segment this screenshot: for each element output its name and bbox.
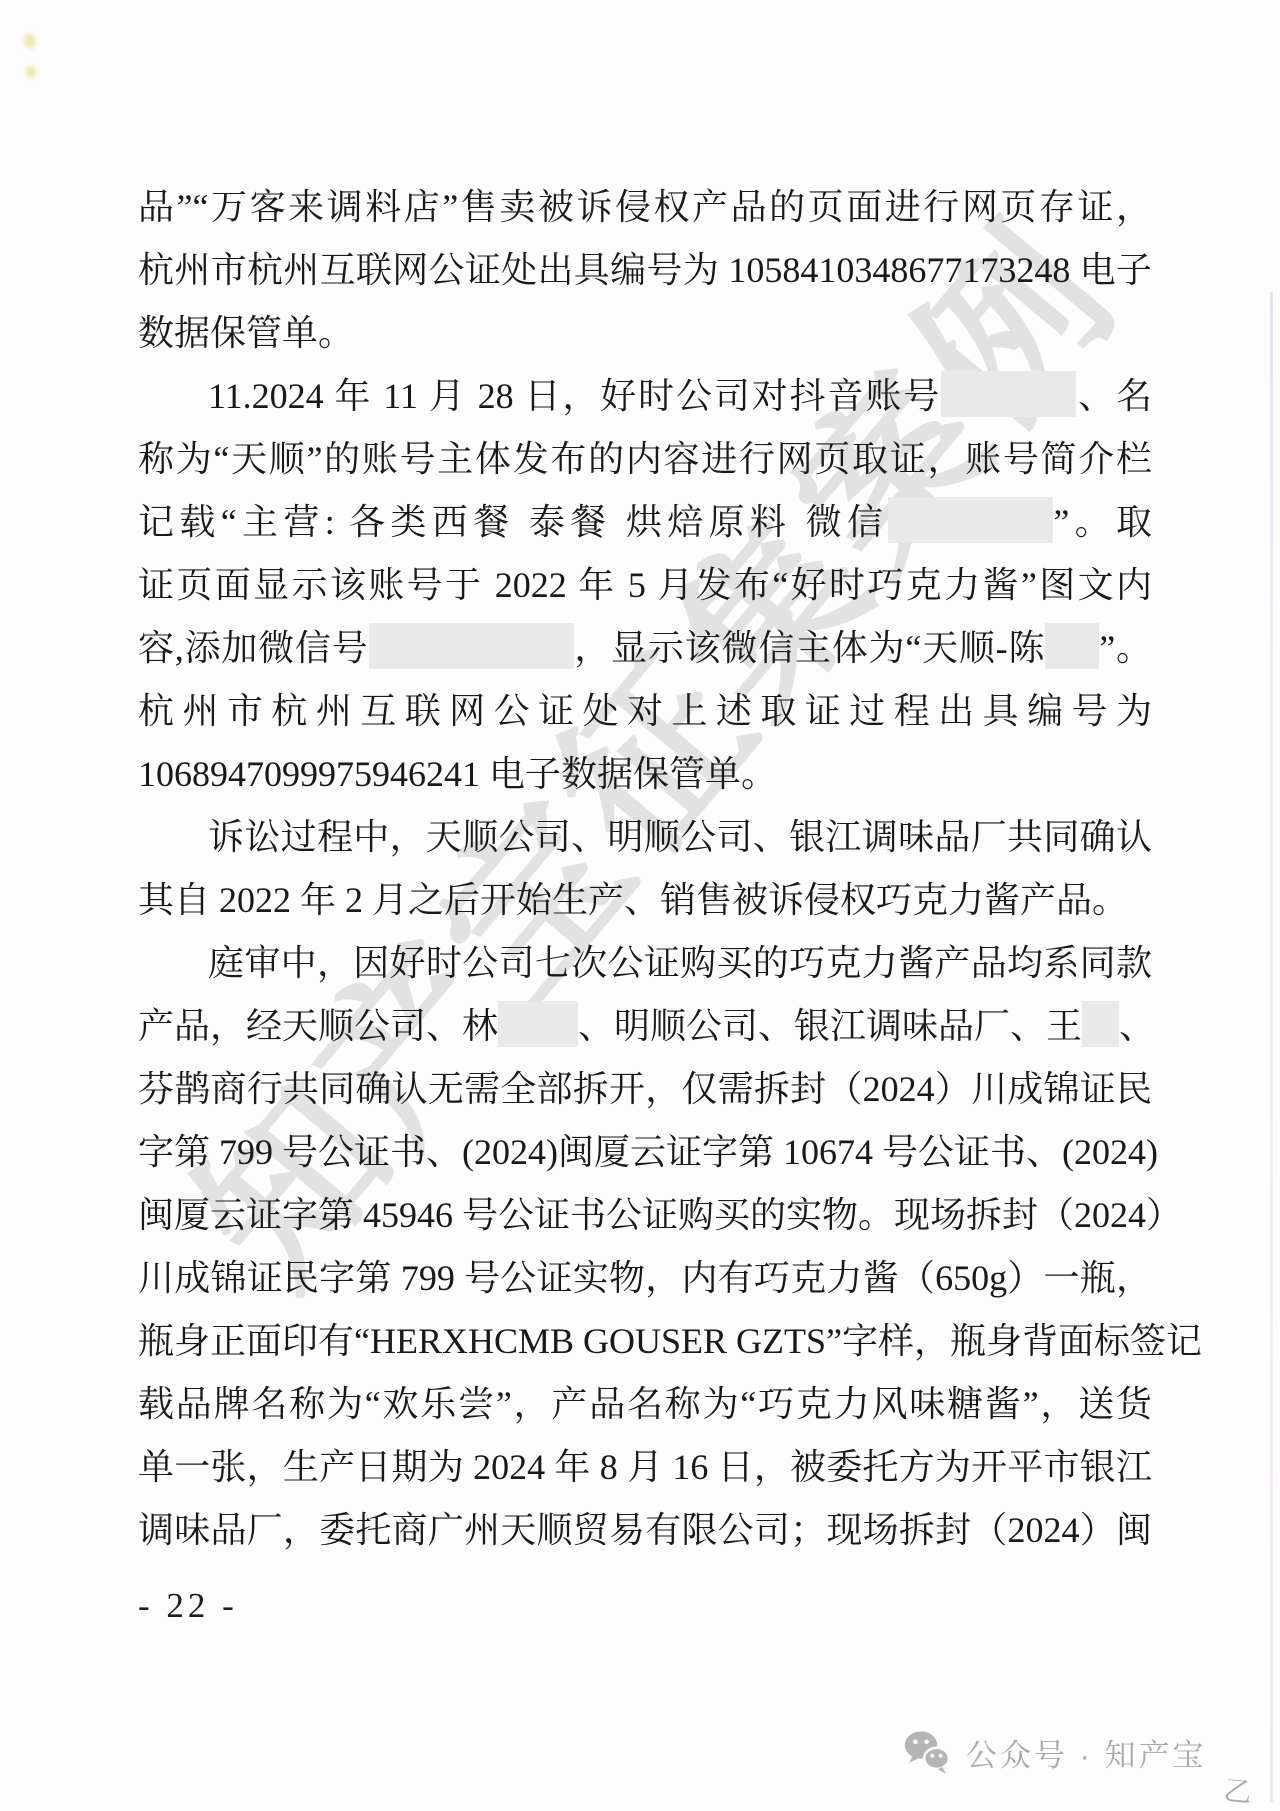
text-run: 称为“天顺”的账号主体发布的内容进行网页取证，账号简介栏 [138,439,1152,479]
text-run: 、明顺公司、银江调味品厂、王 [578,1006,1082,1046]
text-line: 闽厦云证字第 45946 号公证书公证购买的实物。现场拆封（2024） [138,1184,1152,1247]
footer-label: 公众号 · 知产宝 [966,1730,1207,1775]
text-run: 11.2024 年 11 月 28 日，好时公司对抖音账号 [208,376,941,416]
footer-branding: 公众号 · 知产宝 [902,1729,1207,1775]
text-run: ”。取 [1053,502,1152,542]
document-body: 品”“万客来调料店”售卖被诉侵权产品的页面进行网页存证，杭州市杭州互联网公证处出… [138,176,1152,1562]
text-run: 杭州市杭州互联网公证处对上述取证过程出具编号为 [138,691,1152,731]
text-run: 芬鹊商行共同确认无需全部拆开，仅需拆封（2024）川成锦证民 [138,1069,1152,1109]
scan-edge-line [1270,292,1273,1802]
scan-artifact-dot [26,66,36,78]
scan-artifact-dot [24,34,36,48]
text-run: 产品，经天顺公司、林 [138,1006,498,1046]
text-run: 载品牌名称为“欢乐尝”，产品名称为“巧克力风味糖酱”，送货 [138,1384,1152,1424]
text-run: 庭审中，因好时公司七次公证购买的巧克力酱产品均系同款 [208,943,1152,983]
text-line: 载品牌名称为“欢乐尝”，产品名称为“巧克力风味糖酱”，送货 [138,1373,1152,1436]
redaction-box [369,623,574,669]
text-line: 川成锦证民字第 799 号公证实物，内有巧克力酱（650g）一瓶， [138,1247,1152,1310]
text-run: 容,添加微信号 [138,628,369,668]
redaction-box [498,1001,578,1047]
redaction-box [941,371,1076,417]
text-run: 1068947099975946241 电子数据保管单。 [138,754,777,794]
redaction-box [1045,623,1099,669]
scanned-document-page: 知产宝征集案例 品”“万客来调料店”售卖被诉侵权产品的页面进行网页存证，杭州市杭… [0,0,1280,1811]
text-line: 品”“万客来调料店”售卖被诉侵权产品的页面进行网页存证， [138,176,1152,239]
text-run: 品”“万客来调料店”售卖被诉侵权产品的页面进行网页存证， [138,187,1152,227]
text-line: 调味品厂，委托商广州天顺贸易有限公司；现场拆封（2024）闽 [138,1499,1152,1562]
wechat-icon [902,1729,952,1775]
text-line: 单一张，生产日期为 2024 年 8 月 16 日，被委托方为开平市银江 [138,1436,1152,1499]
text-run: 闽厦云证字第 45946 号公证书公证购买的实物。现场拆封（2024） [138,1195,1182,1235]
page-number: - 22 - [138,1586,238,1626]
text-run: 调味品厂，委托商广州天顺贸易有限公司；现场拆封（2024）闽 [138,1510,1152,1550]
text-run: 、名 [1076,376,1152,416]
text-run: 川成锦证民字第 799 号公证实物，内有巧克力酱（650g）一瓶， [138,1258,1152,1298]
redaction-box [888,497,1053,543]
text-run: ”。 [1099,628,1152,668]
text-run: 杭州市杭州互联网公证处出具编号为 1058410348677173248 电子 [138,250,1152,290]
text-run: ，显示该微信主体为“天顺-陈 [574,628,1046,668]
text-line: 称为“天顺”的账号主体发布的内容进行网页取证，账号简介栏 [138,428,1152,491]
text-run: 诉讼过程中，天顺公司、明顺公司、银江调味品厂共同确认 [208,817,1152,857]
text-line: 产品，经天顺公司、林、明顺公司、银江调味品厂、王、 [138,995,1152,1058]
text-line: 诉讼过程中，天顺公司、明顺公司、银江调味品厂共同确认 [138,806,1152,869]
text-line: 芬鹊商行共同确认无需全部拆开，仅需拆封（2024）川成锦证民 [138,1058,1152,1121]
text-line: 记载“主营: 各类西餐 泰餐 烘焙原料 微信”。取 [138,491,1152,554]
text-line: 杭州市杭州互联网公证处出具编号为 1058410348677173248 电子 [138,239,1152,302]
text-line: 杭州市杭州互联网公证处对上述取证过程出具编号为 [138,680,1152,743]
text-run: 其自 2022 年 2 月之后开始生产、销售被诉侵权巧克力酱产品。 [138,880,1128,920]
text-line: 1068947099975946241 电子数据保管单。 [138,743,1152,806]
text-run: 记载“主营: 各类西餐 泰餐 烘焙原料 微信 [138,502,888,542]
text-run: 单一张，生产日期为 2024 年 8 月 16 日，被委托方为开平市银江 [138,1447,1152,1487]
text-run: 字第 799 号公证书、(2024)闽厦云证字第 10674 号公证书、(202… [138,1132,1158,1172]
redaction-box [1082,1001,1119,1047]
text-line: 数据保管单。 [138,302,1152,365]
text-line: 其自 2022 年 2 月之后开始生产、销售被诉侵权巧克力酱产品。 [138,869,1152,932]
text-run: 、 [1119,1006,1155,1046]
text-run: 瓶身正面印有“HERXHCMB GOUSER GZTS”字样，瓶身背面标签记 [138,1321,1202,1361]
text-line: 证页面显示该账号于 2022 年 5 月发布“好时巧克力酱”图文内 [138,554,1152,617]
text-line: 庭审中，因好时公司七次公证购买的巧克力酱产品均系同款 [138,932,1152,995]
text-run: 证页面显示该账号于 2022 年 5 月发布“好时巧克力酱”图文内 [138,565,1152,605]
text-line: 字第 799 号公证书、(2024)闽厦云证字第 10674 号公证书、(202… [138,1121,1152,1184]
text-line: 容,添加微信号，显示该微信主体为“天顺-陈”。 [138,617,1152,680]
text-run: 数据保管单。 [138,313,354,353]
text-line: 瓶身正面印有“HERXHCMB GOUSER GZTS”字样，瓶身背面标签记 [138,1310,1152,1373]
scan-artifact-mark: 乙 [1222,1769,1254,1811]
text-line: 11.2024 年 11 月 28 日，好时公司对抖音账号、名 [138,365,1152,428]
